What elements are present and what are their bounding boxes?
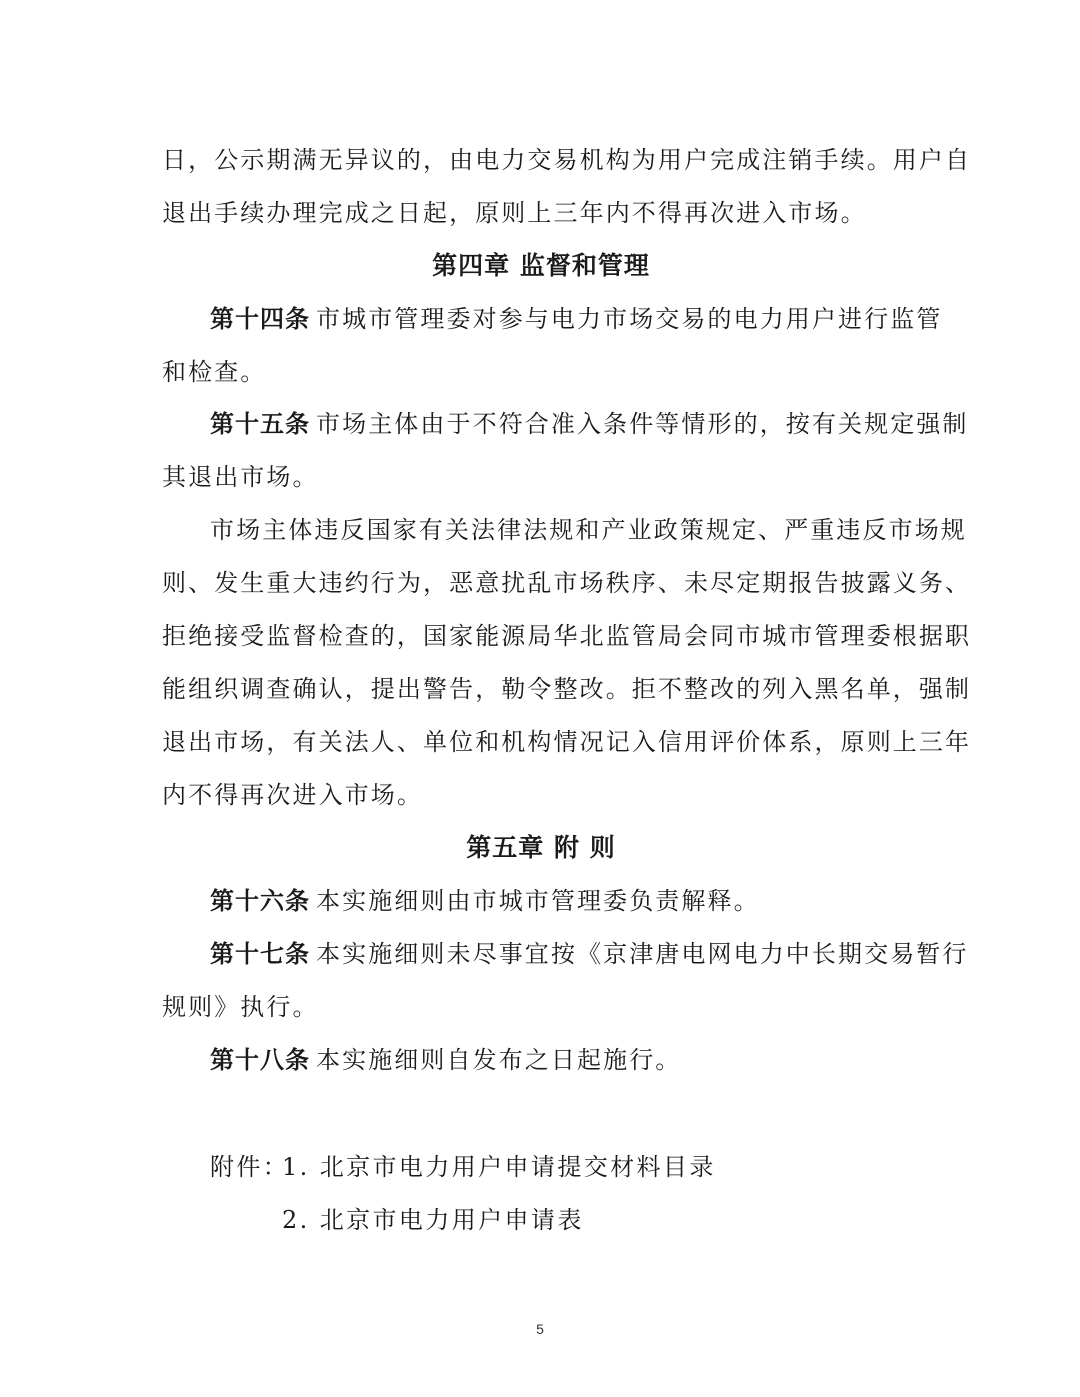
- paragraph-line: 拒绝接受监督检查的，国家能源局华北监管局会同市城市管理委根据职: [162, 623, 920, 676]
- attachment-item: 2. 北京市电力用户申请表: [282, 1207, 584, 1233]
- article-17: 第十七条本实施细则未尽事宜按《京津唐电网电力中长期交易暂行: [162, 941, 920, 994]
- page-number: 5: [0, 1321, 1080, 1337]
- article-text: 本实施细则自发布之日起施行。: [316, 1046, 681, 1074]
- chapter-heading: 第四章 监督和管理: [162, 253, 920, 279]
- article-number: 第十五条: [210, 410, 310, 438]
- attachment-item: 1. 北京市电力用户申请提交材料目录: [282, 1154, 716, 1180]
- paragraph-line: 内不得再次进入市场。: [162, 782, 920, 835]
- paragraph-line: 其退出市场。: [162, 464, 920, 517]
- article-number: 第十七条: [210, 940, 310, 968]
- article-number: 第十四条: [210, 305, 310, 333]
- article-text: 市场主体由于不符合准入条件等情形的，按有关规定强制: [316, 410, 969, 438]
- paragraph-line: 规则》执行。: [162, 994, 920, 1047]
- paragraph-line: 日，公示期满无异议的，由电力交易机构为用户完成注销手续。用户自: [162, 147, 920, 200]
- article-text: 本实施细则由市城市管理委负责解释。: [316, 887, 760, 915]
- article-14: 第十四条市城市管理委对参与电力市场交易的电力用户进行监管: [162, 306, 920, 359]
- chapter-heading: 第五章 附 则: [162, 835, 920, 861]
- article-text: 市城市管理委对参与电力市场交易的电力用户进行监管: [316, 305, 942, 333]
- article-text: 本实施细则未尽事宜按《京津唐电网电力中长期交易暂行: [316, 940, 969, 968]
- paragraph-line: 则、发生重大违约行为，恶意扰乱市场秩序、未尽定期报告披露义务、: [162, 570, 920, 623]
- article-16: 第十六条本实施细则由市城市管理委负责解释。: [162, 888, 920, 941]
- paragraph-line: 市场主体违反国家有关法律法规和产业政策规定、严重违反市场规: [162, 517, 920, 570]
- paragraph-line: 退出市场，有关法人、单位和机构情况记入信用评价体系，原则上三年: [162, 729, 920, 782]
- article-15: 第十五条市场主体由于不符合准入条件等情形的，按有关规定强制: [162, 411, 920, 464]
- attachments-label: 附件：: [210, 1154, 289, 1180]
- article-number: 第十六条: [210, 887, 310, 915]
- article-number: 第十八条: [210, 1046, 310, 1074]
- paragraph-line: 能组织调查确认，提出警告，勒令整改。拒不整改的列入黑名单，强制: [162, 676, 920, 729]
- article-18: 第十八条本实施细则自发布之日起施行。: [162, 1047, 920, 1100]
- paragraph-line: 退出手续办理完成之日起，原则上三年内不得再次进入市场。: [162, 200, 920, 253]
- paragraph-line: 和检查。: [162, 359, 920, 412]
